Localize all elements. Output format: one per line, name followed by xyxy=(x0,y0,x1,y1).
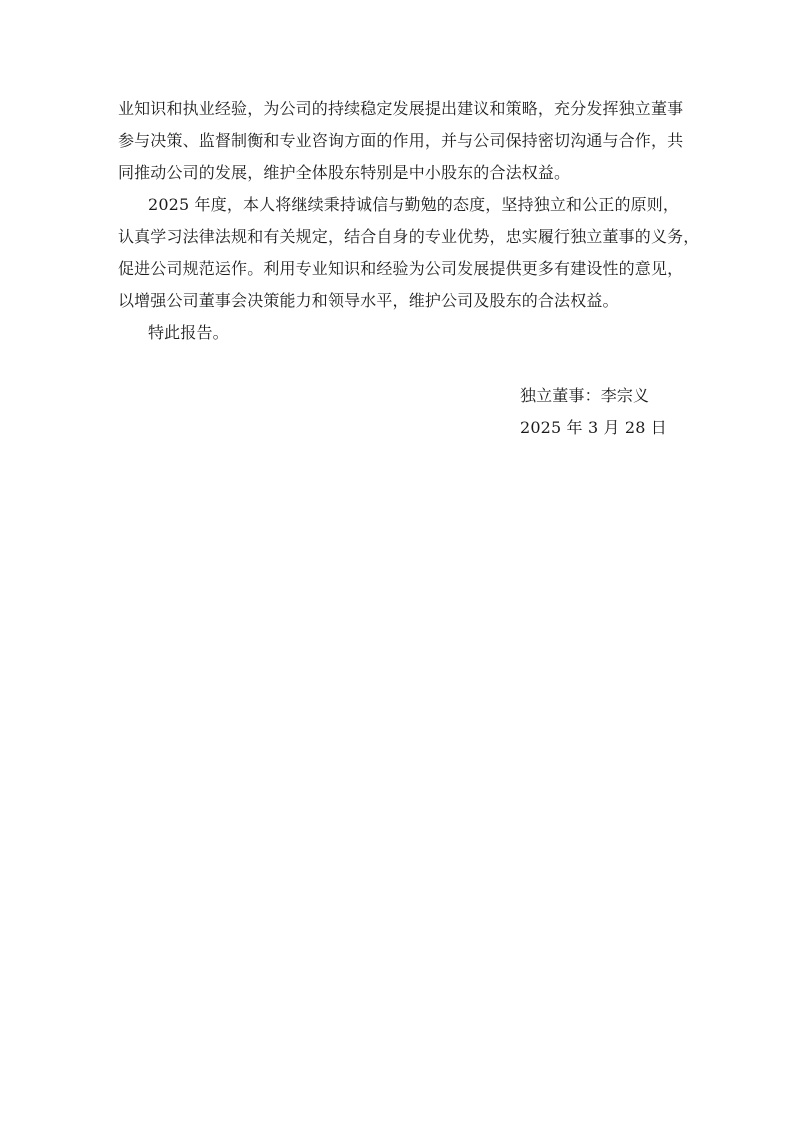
signer-name: 独立董事：李宗义 xyxy=(520,380,667,412)
text-line: 2025 年度，本人将继续秉持诚信与勤勉的态度，坚持独立和公正的原则， xyxy=(118,189,684,221)
text-line: 参与决策、监督制衡和专业咨询方面的作用，并与公司保持密切沟通与合作，共 xyxy=(118,125,684,157)
paragraph-2025-plan: 2025 年度，本人将继续秉持诚信与勤勉的态度，坚持独立和公正的原则， 认真学习… xyxy=(118,189,684,317)
text-line: 特此报告。 xyxy=(118,317,684,349)
text-line: 促进公司规范运作。利用专业知识和经验为公司发展提供更多有建设性的意见， xyxy=(118,253,684,285)
text-line: 认真学习法律法规和有关规定，结合自身的专业优势，忠实履行独立董事的义务， xyxy=(118,221,684,253)
report-body: 业知识和执业经验，为公司的持续稳定发展提出建议和策略，充分发挥独立董事 参与决策… xyxy=(118,93,684,349)
signature-date: 2025 年 3 月 28 日 xyxy=(520,412,667,444)
paragraph-closing-statement: 特此报告。 xyxy=(118,317,684,349)
text-line: 业知识和执业经验，为公司的持续稳定发展提出建议和策略，充分发挥独立董事 xyxy=(118,93,684,125)
signature-block: 独立董事：李宗义 2025 年 3 月 28 日 xyxy=(520,380,667,444)
text-line: 以增强公司董事会决策能力和领导水平，维护公司及股东的合法权益。 xyxy=(118,285,684,317)
paragraph-closing-duties: 业知识和执业经验，为公司的持续稳定发展提出建议和策略，充分发挥独立董事 参与决策… xyxy=(118,93,684,189)
document-page: 业知识和执业经验，为公司的持续稳定发展提出建议和策略，充分发挥独立董事 参与决策… xyxy=(0,0,794,1122)
text-line: 同推动公司的发展，维护全体股东特别是中小股东的合法权益。 xyxy=(118,157,684,189)
